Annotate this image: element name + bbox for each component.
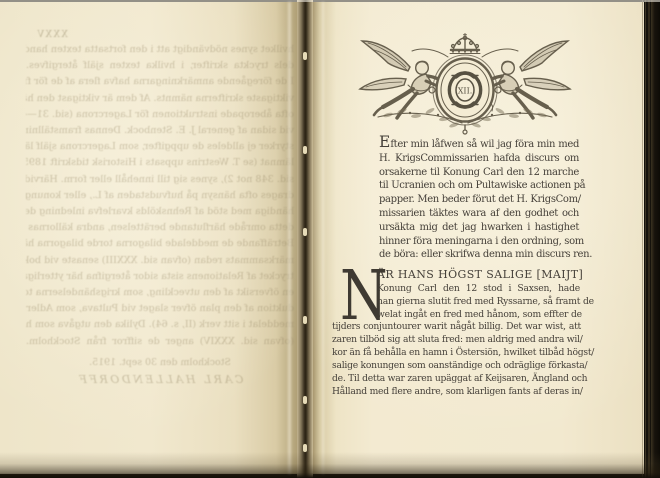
showthrough-line: hvilket synes nödvändigt att i den forts…	[26, 42, 294, 58]
right-page: XII. Efter min låfwen så wil jag föra mi…	[313, 2, 644, 474]
showthrough-text-block: hvilket synes nödvändigt att i den forts…	[26, 42, 294, 350]
text-line: Konung Carl den 12 stod i Saxsen, hade	[377, 282, 580, 295]
text-line: hinner föra meningarna i den ordning, so…	[379, 235, 579, 249]
showthrough-line: vid sidan af general J. E. Stenbock. Den…	[26, 123, 294, 139]
chapter-paragraph: N ÄR HANS HÖGST SALIGE [MAIJT] Konung Ca…	[332, 268, 581, 399]
text-line: orsakerne til Konung Carl den 12 marche	[379, 166, 579, 180]
showthrough-line: Beträffande de meddelade bilagorna torde…	[26, 236, 294, 252]
showthrough-line: ofta åberopade instruktionen för Lagercr…	[26, 107, 294, 123]
stitch-thread-icon	[303, 396, 307, 404]
binding-gutter	[297, 0, 313, 478]
text-line: kor än få behålla en hamn i Östersiön, h…	[332, 347, 581, 360]
text-line: papper. Men beder förut det H. KrigsCom/	[379, 193, 579, 207]
page-edge-line	[642, 0, 643, 478]
showthrough-line: dels tryckta skrifter, i hvilka texten s…	[26, 58, 294, 74]
stitch-thread-icon	[303, 316, 307, 324]
showthrough-colophon: Stockholm den 30 sept. 1915. CARL HALLEN…	[26, 350, 294, 386]
stitch-thread-icon	[303, 52, 307, 60]
showthrough-signature: CARL HALLENDORFF	[26, 373, 294, 386]
text-line: de. Til detta war zaren upäggat af Keijs…	[332, 373, 581, 386]
showthrough-line: sid. 348 not 2), synes sig till innehåll…	[26, 172, 294, 188]
page-crease-left	[288, 2, 291, 474]
headpiece-engraving: XII.	[350, 33, 580, 135]
monogram-numeral: XII.	[458, 87, 473, 96]
drop-cap: N	[340, 272, 388, 322]
showthrough-line: händiga med stöd af Rehnskölds kvarlefva…	[26, 204, 294, 220]
showthrough-line: märksammats redan (ofvan sid. XXXIII) se…	[26, 253, 294, 269]
text-line: de böra: eller skrifwa denna min discurs…	[379, 248, 579, 262]
showthrough-line: styrker ej alldeles de uppgifter, som La…	[26, 139, 294, 155]
text-line: han gierna slutit fred med Ryssarne, så …	[377, 295, 580, 308]
showthrough-line: meddelat i sitt verk (II, s. 64). Dylika…	[26, 317, 294, 333]
showthrough-line: viktigaste skrifterna nämnts. Af dem är …	[26, 91, 294, 107]
crown-icon	[450, 34, 480, 54]
photo-bottom-shadow	[0, 452, 660, 478]
opening-paragraph: Efter min låfwen så wil jag föra min med…	[379, 136, 579, 262]
showthrough-line: drages ofta hänsyn på hufvudstaden af L.…	[26, 188, 294, 204]
left-page: XXXV hvilket synes nödvändigt att i den …	[0, 2, 300, 474]
showthrough-line: (ofvan sid. XXXIV) anger de siffror från…	[26, 334, 294, 350]
text-line: Efter min låfwen så wil jag föra min med	[379, 136, 579, 152]
showthrough-date: Stockholm den 30 sept. 1915.	[26, 357, 294, 368]
photo-right-border	[651, 0, 660, 478]
showthrough-line: lämnat (se T. Westrins uppsats i Histori…	[26, 155, 294, 171]
showthrough-line: detta område härflutande berättelsen, an…	[26, 220, 294, 236]
showthrough-page-number: XXXV	[36, 30, 68, 40]
book-spread-photo: XXXV hvilket synes nödvändigt att i den …	[0, 0, 660, 478]
text-line: Hålland med flere andre, som klarligen f…	[332, 386, 581, 399]
text-line: H. KrigsCommissarien hafda discurs om	[379, 152, 579, 166]
page-edge-line	[645, 0, 646, 478]
chapter-opening-caps-line: ÄR HANS HÖGST SALIGE [MAIJT]	[377, 268, 580, 282]
page-edge-line	[648, 0, 650, 478]
photo-top-edge	[0, 0, 660, 2]
text-line: ursäkta mig det jag hwarken i hastighet	[379, 221, 579, 235]
stitch-thread-icon	[303, 228, 307, 236]
showthrough-line: en öfversikt af den utveckling, som krig…	[26, 285, 294, 301]
page-crease-right	[322, 2, 324, 474]
showthrough-line: trycket af Relationens sista sidor återg…	[26, 269, 294, 285]
text-line: til Ucranien och om Pultawiske actionen …	[379, 179, 579, 193]
text-line: salige konungen som oanständige och odrä…	[332, 360, 581, 373]
showthrough-line: I de föregående anmärkningarna hafva fle…	[26, 74, 294, 90]
stitch-thread-icon	[303, 444, 307, 452]
stitch-thread-icon	[303, 146, 307, 154]
text-line: missarien täktes wara af den godhet och	[379, 207, 579, 221]
text-line: welat ingåt en fred med hånom, som effte…	[377, 308, 580, 321]
showthrough-line: duktion af den plan öfver slaget vid Pul…	[26, 301, 294, 317]
